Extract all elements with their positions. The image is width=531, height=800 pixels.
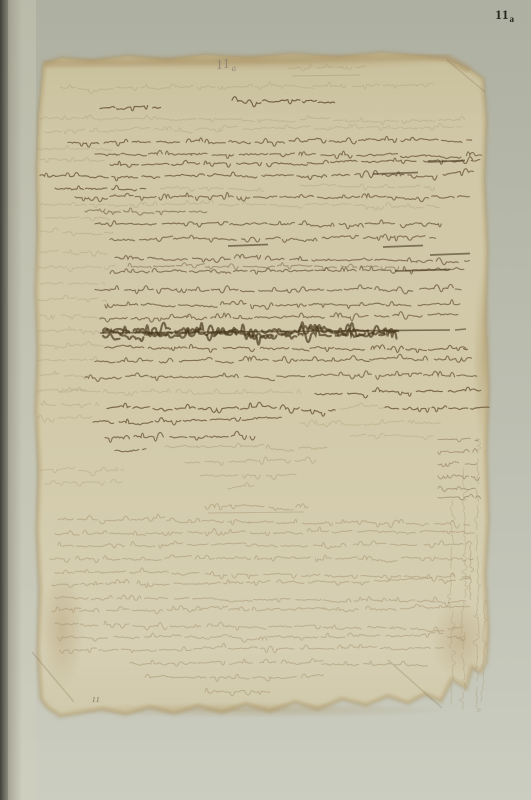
pencil-page-number: 11 — [92, 696, 100, 704]
manuscript-photo-canvas — [0, 0, 531, 800]
pencil-folio-suffix: a — [231, 63, 238, 74]
printed-folio-label: 11a — [495, 7, 515, 24]
printed-folio-number: 11 — [495, 7, 509, 22]
manuscript-paper — [35, 53, 493, 718]
mat-highlight-strip — [8, 0, 36, 800]
pencil-folio-label: 11a — [215, 56, 238, 76]
pencil-folio-number: 11 — [215, 56, 232, 73]
printed-folio-suffix: a — [510, 14, 516, 24]
manuscript-photo: 11a 11a 11 — [0, 0, 531, 800]
